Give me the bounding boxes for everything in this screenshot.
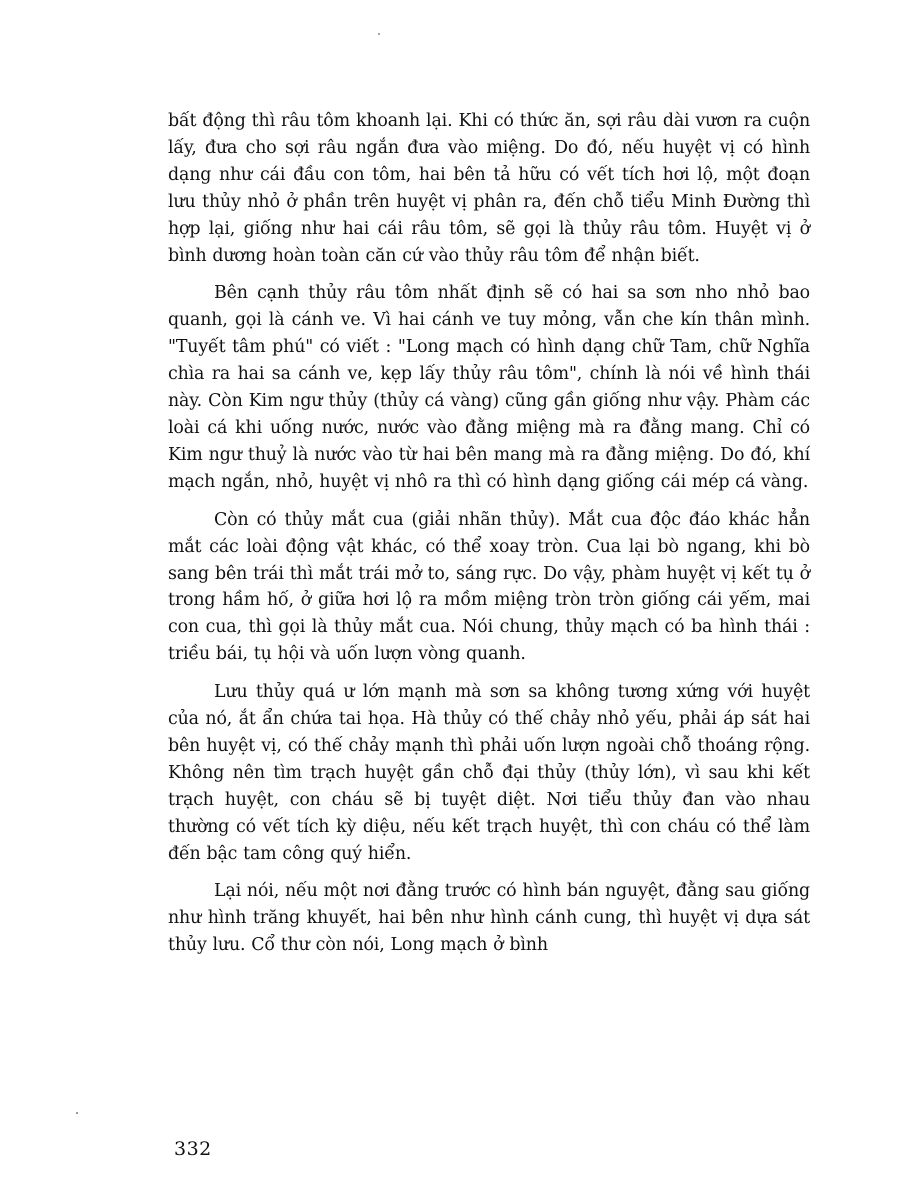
page-number: 332	[174, 1138, 212, 1160]
paragraph-4: Lưu thủy quá ư lớn mạnh mà sơn sa không …	[168, 679, 810, 867]
paragraph-5: Lại nói, nếu một nơi đằng trước có hình …	[168, 878, 810, 959]
scan-speck	[76, 1112, 78, 1114]
scan-speck	[378, 33, 380, 35]
body-text: bất động thì râu tôm khoanh lại. Khi có …	[168, 108, 810, 970]
paragraph-3: Còn có thủy mắt cua (giải nhãn thủy). Mắ…	[168, 507, 810, 668]
book-page: bất động thì râu tôm khoanh lại. Khi có …	[0, 0, 921, 1200]
paragraph-1: bất động thì râu tôm khoanh lại. Khi có …	[168, 108, 810, 269]
paragraph-2: Bên cạnh thủy râu tôm nhất định sẽ có ha…	[168, 280, 810, 495]
